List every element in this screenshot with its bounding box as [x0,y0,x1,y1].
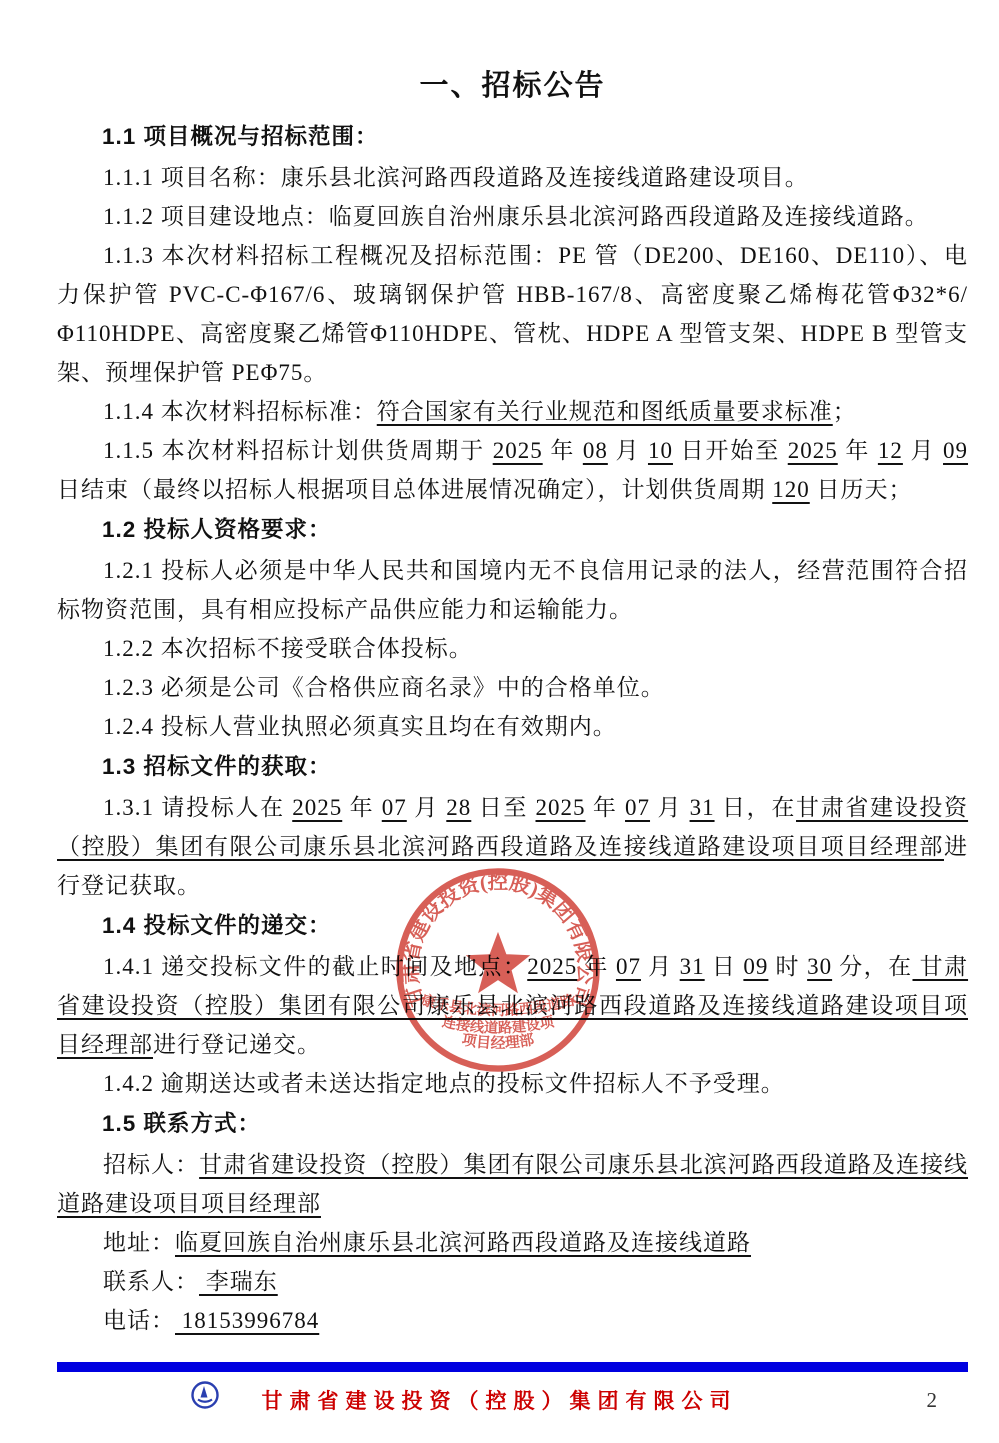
para-1-2-3: 1.2.3 必须是公司《合格供应商名录》中的合格单位。 [57,668,968,707]
footer-divider-bar [57,1362,968,1372]
heading-1-4: 1.4 投标文件的递交： [57,905,968,947]
para-1-1-1: 1.1.1 项目名称：康乐县北滨河路西段道路及连接线道路建设项目。 [57,158,968,197]
para-1-1-4: 1.1.4 本次材料招标标准：符合国家有关行业规范和图纸质量要求标准； [57,392,968,431]
contact-person-line: 联系人： 李瑞东 [57,1262,968,1301]
para-1-4-1: 1.4.1 递交投标文件的截止时间及地点：2025 年 07 月 31 日 09… [57,947,968,1064]
footer-company-name: 甘肃省建设投资（控股）集团有限公司 [0,1385,999,1415]
heading-1-3: 1.3 招标文件的获取： [57,746,968,788]
para-1-1-2: 1.1.2 项目建设地点：临夏回族自治州康乐县北滨河路西段道路及连接线道路。 [57,197,968,236]
heading-1-5: 1.5 联系方式： [57,1103,968,1145]
contact-bidder-line: 招标人：甘肃省建设投资（控股）集团有限公司康乐县北滨河路西段道路及连接线道路建设… [57,1145,968,1223]
para-1-1-3: 1.1.3 本次材料招标工程概况及招标范围：PE 管（DE200、DE160、D… [57,236,968,392]
page-title: 一、招标公告 [57,64,968,108]
document-body: 一、招标公告 1.1 项目概况与招标范围： 1.1.1 项目名称：康乐县北滨河路… [57,64,968,1340]
heading-1-1: 1.1 项目概况与招标范围： [57,116,968,158]
para-1-4-2: 1.4.2 逾期送达或者未送达指定地点的投标文件招标人不予受理。 [57,1064,968,1103]
para-1-2-4: 1.2.4 投标人营业执照必须真实且均在有效期内。 [57,707,968,746]
contact-phone-line: 电话： 18153996784 [57,1301,968,1340]
para-1-1-5: 1.1.5 本次材料招标计划供货周期于 2025 年 08 月 10 日开始至 … [57,431,968,509]
para-1-2-2: 1.2.2 本次招标不接受联合体投标。 [57,629,968,668]
contact-address-line: 地址：临夏回族自治州康乐县北滨河路西段道路及连接线道路 [57,1223,968,1262]
para-1-2-1: 1.2.1 投标人必须是中华人民共和国境内无不良信用记录的法人，经营范围符合招标… [57,551,968,629]
document-page: 一、招标公告 1.1 项目概况与招标范围： 1.1.1 项目名称：康乐县北滨河路… [0,0,999,1443]
para-1-3-1: 1.3.1 请投标人在 2025 年 07 月 28 日至 2025 年 07 … [57,788,968,905]
heading-1-2: 1.2 投标人资格要求： [57,509,968,551]
page-number: 2 [927,1388,938,1413]
